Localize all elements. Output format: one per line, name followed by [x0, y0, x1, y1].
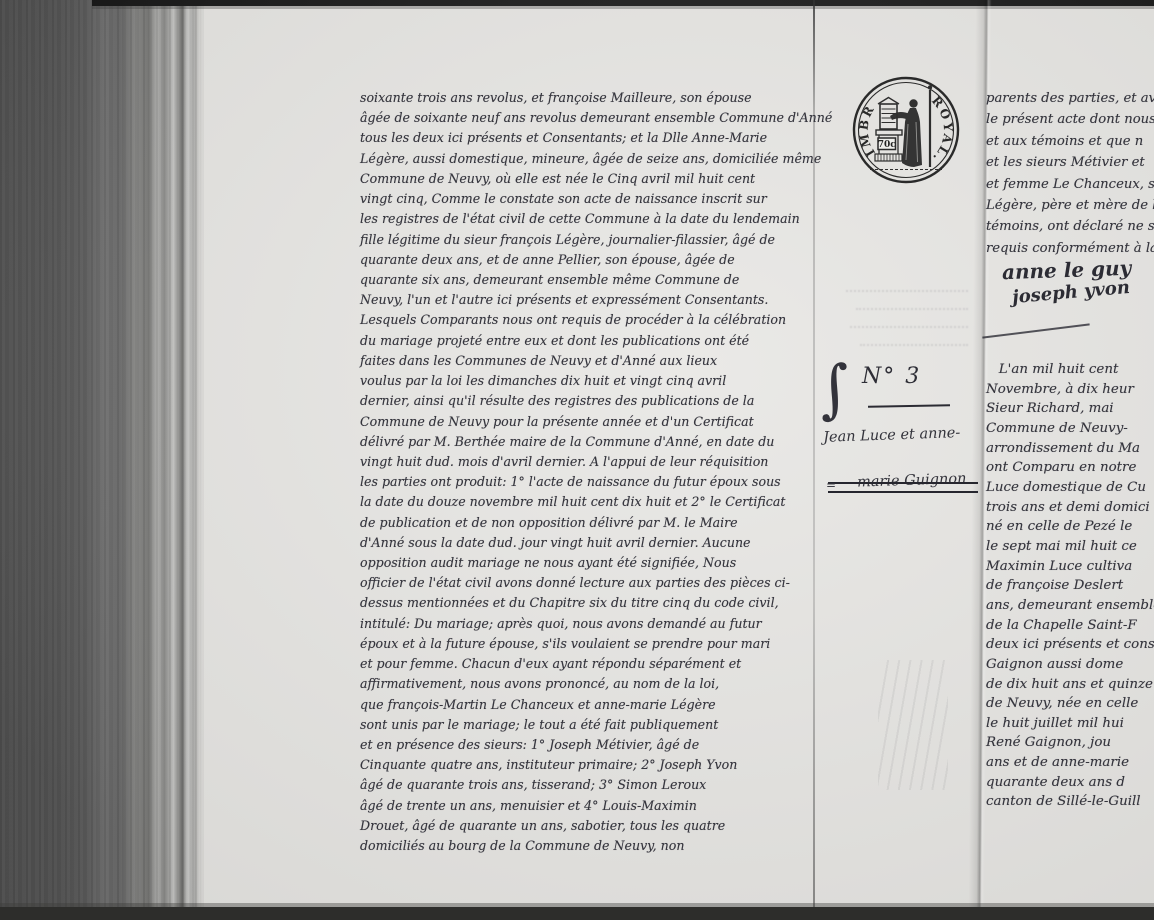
manuscript-line: Cinquante quatre ans, instituteur primai… [360, 755, 860, 775]
manuscript-line: quarante deux ans d [986, 773, 1154, 793]
scan-bottom-border [0, 907, 1154, 920]
manuscript-line: sont unis par le mariage; le tout a été … [360, 715, 860, 735]
manuscript-line: âgé de trente un ans, menuisier et 4° Lo… [360, 796, 860, 816]
manuscript-line: affirmativement, nous avons prononcé, au… [360, 674, 860, 694]
ink-smudge [878, 660, 948, 790]
book-scan: TIMBRE ROYAL. 70c [0, 0, 1154, 920]
manuscript-line: ans, demeurant ensemble [986, 596, 1154, 616]
manuscript-line: le huit juillet mil hui [986, 714, 1154, 734]
manuscript-line: soixante trois ans revolus, et françoise… [360, 88, 860, 108]
manuscript-line: d'Anné sous la date dud. jour vingt huit… [360, 533, 860, 553]
manuscript-line: deux ici présents et cons [986, 635, 1154, 655]
margin-double-rule [828, 482, 978, 493]
manuscript-line: dernier, ainsi qu'il résulte des registr… [360, 391, 860, 411]
manuscript-line: et les sieurs Métivier et [986, 152, 1154, 173]
act-number-label: N° 3 [862, 364, 921, 389]
manuscript-line: et aux témoins et que n [986, 131, 1154, 152]
line-filler-mark: = [826, 478, 836, 492]
manuscript-line: de la Chapelle Saint-F [986, 616, 1154, 636]
manuscript-line: et femme Le Chanceux, s [986, 174, 1154, 195]
manuscript-line: René Gaignon, jou [986, 733, 1154, 753]
manuscript-line: délivré par M. Berthée maire de la Commu… [360, 432, 860, 452]
manuscript-line: et pour femme. Chacun d'eux ayant répond… [360, 654, 860, 674]
page-edge-streaks [0, 0, 205, 920]
manuscript-line: Neuvy, l'un et l'autre ici présents et e… [360, 290, 860, 310]
manuscript-line: fille légitime du sieur françois Légère,… [360, 230, 860, 250]
timbre-royal-stamp: TIMBRE ROYAL. 70c [850, 74, 962, 186]
manuscript-line: tous les deux ici présents et Consentant… [360, 128, 860, 148]
manuscript-line: le présent acte dont nous [986, 109, 1154, 130]
manuscript-line: Luce domestique de Cu [986, 478, 1154, 498]
manuscript-line: né en celle de Pezé le [986, 517, 1154, 537]
manuscript-line: Drouet, âgé de quarante un ans, sabotier… [360, 816, 860, 836]
scan-top-border-shadow [92, 6, 1154, 9]
act-number-underline [868, 404, 950, 407]
manuscript-line: arrondissement du Ma [986, 439, 1154, 459]
right-column-next-act: L'an mil huit centNovembre, à dix heurSi… [986, 360, 1154, 812]
manuscript-line: Lesquels Comparants nous ont requis de p… [360, 310, 860, 330]
manuscript-line: officier de l'état civil avons donné lec… [360, 573, 860, 593]
manuscript-line: voulus par la loi les dimanches dix huit… [360, 371, 860, 391]
manuscript-line: Légère, aussi domestique, mineure, âgée … [360, 149, 860, 169]
manuscript-line: les parties ont produit: 1° l'acte de na… [360, 472, 860, 492]
manuscript-line: domiciliés au bourg de la Commune de Neu… [360, 836, 860, 856]
manuscript-line: ont Comparu en notre [986, 458, 1154, 478]
manuscript-line: du mariage projeté entre eux et dont les… [360, 331, 860, 351]
manuscript-line: Maximin Luce cultiva [986, 557, 1154, 577]
manuscript-line: époux et à la future épouse, s'ils voula… [360, 634, 860, 654]
manuscript-line: les registres de l'état civil de cette C… [360, 209, 860, 229]
manuscript-line: ans et de anne-marie [986, 753, 1154, 773]
manuscript-line: de Neuvy, née en celle [986, 694, 1154, 714]
ink-bleedthrough [846, 290, 968, 362]
manuscript-line: L'an mil huit cent [986, 360, 1154, 380]
stamp-denomination-plate: 70c [878, 138, 897, 150]
manuscript-line: trois ans et demi domici [986, 498, 1154, 518]
manuscript-line: vingt cinq, Comme le constate son acte d… [360, 189, 860, 209]
manuscript-line: le sept mai mil huit ce [986, 537, 1154, 557]
manuscript-line: Commune de Neuvy pour la présente année … [360, 412, 860, 432]
manuscript-line: que françois-Martin Le Chanceux et anne-… [360, 695, 860, 715]
manuscript-line: canton de Sillé-le-Guill [986, 792, 1154, 812]
stamp-denomination: 70c [878, 140, 897, 150]
signature-flourish [982, 323, 1089, 338]
manuscript-line: Commune de Neuvy- [986, 419, 1154, 439]
manuscript-line: Sieur Richard, mai [986, 399, 1154, 419]
manuscript-line: opposition audit mariage ne nous ayant é… [360, 553, 860, 573]
manuscript-line: intitulé: Du mariage; après quoi, nous a… [360, 614, 860, 634]
act-parties-line1: Jean Luce et anne- [823, 425, 961, 446]
manuscript-line: âgé de quarante trois ans, tisserand; 3°… [360, 775, 860, 795]
manuscript-line: âgée de soixante neuf ans revolus demeur… [360, 108, 860, 128]
manuscript-line: de publication et de non opposition déli… [360, 513, 860, 533]
manuscript-line: quarante deux ans, et de anne Pellier, s… [360, 250, 860, 270]
manuscript-line: de dix huit ans et quinze [986, 675, 1154, 695]
right-column-act-ending: parents des parties, et avole présent ac… [986, 88, 1154, 259]
manuscript-line: dessus mentionnées et du Chapitre six du… [360, 593, 860, 613]
marriage-act-text: soixante trois ans revolus, et françoise… [360, 88, 860, 856]
manuscript-line: Commune de Neuvy, où elle est née le Cin… [360, 169, 860, 189]
manuscript-line: témoins, ont déclaré ne s [986, 216, 1154, 237]
manuscript-line: Légère, père et mère de l'é [986, 195, 1154, 216]
manuscript-line: de françoise Deslert [986, 576, 1154, 596]
manuscript-line: Novembre, à dix heur [986, 380, 1154, 400]
manuscript-line: et en présence des sieurs: 1° Joseph Mét… [360, 735, 860, 755]
manuscript-line: faites dans les Communes de Neuvy et d'A… [360, 351, 860, 371]
manuscript-line: vingt huit dud. mois d'avril dernier. A … [360, 452, 860, 472]
manuscript-line: la date du douze novembre mil huit cent … [360, 492, 860, 512]
manuscript-line: Gaignon aussi dome [986, 655, 1154, 675]
manuscript-line: parents des parties, et avo [986, 88, 1154, 109]
manuscript-line: quarante six ans, demeurant ensemble mêm… [360, 270, 860, 290]
